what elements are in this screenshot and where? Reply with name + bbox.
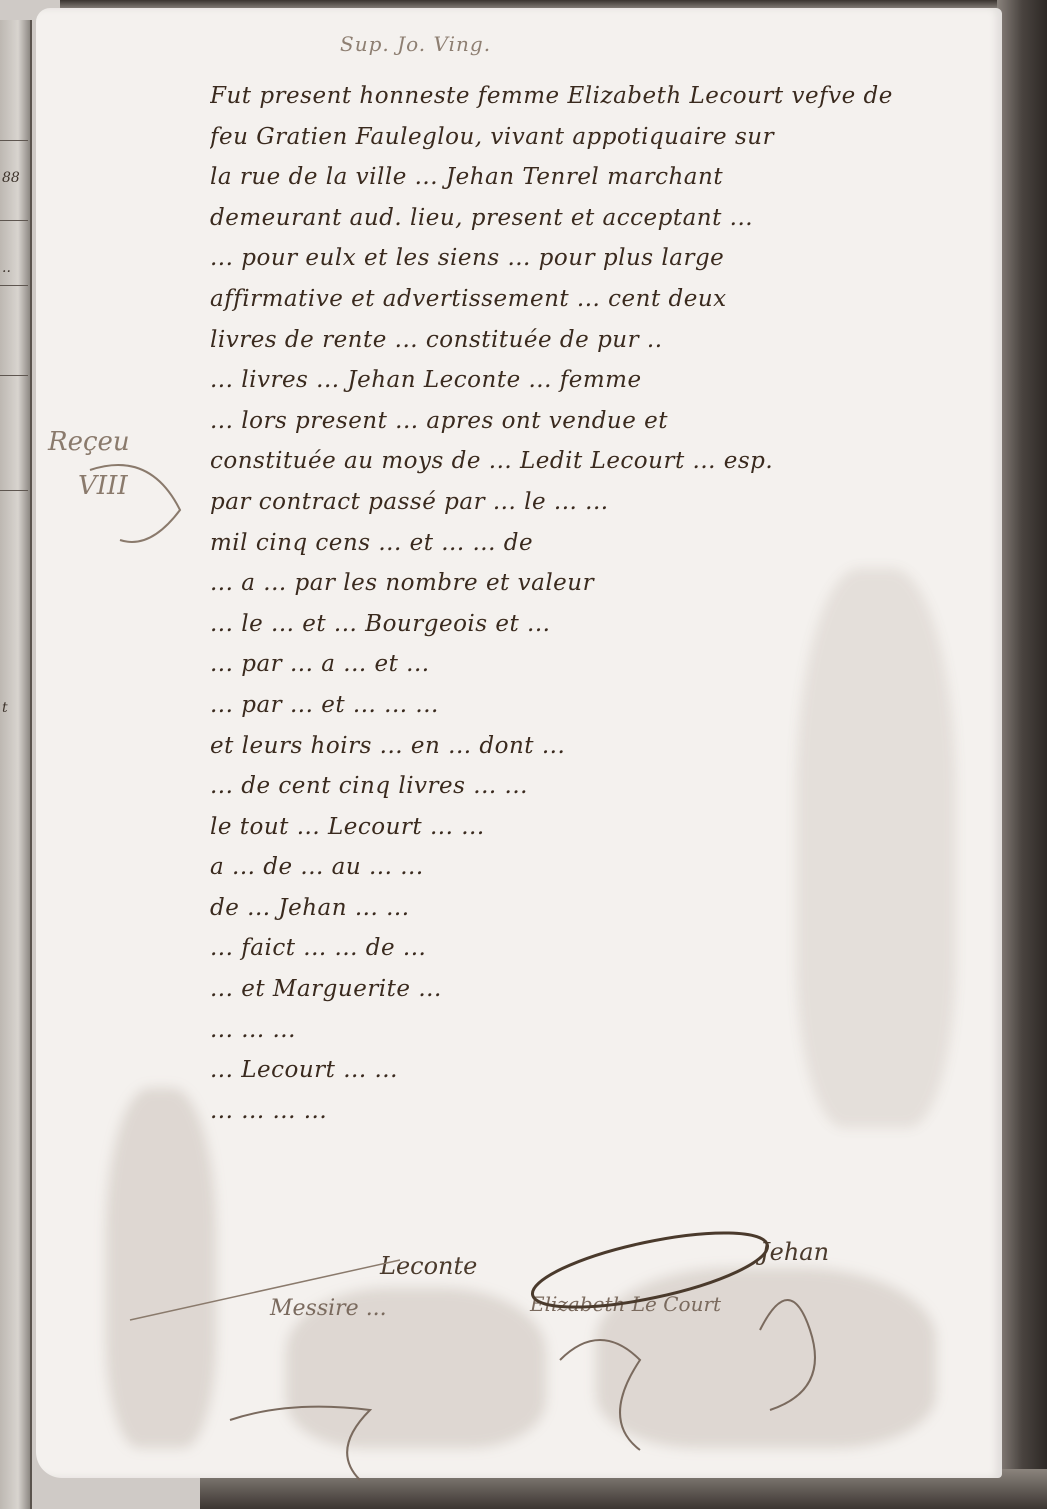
signature-flourishes (0, 0, 1047, 1509)
